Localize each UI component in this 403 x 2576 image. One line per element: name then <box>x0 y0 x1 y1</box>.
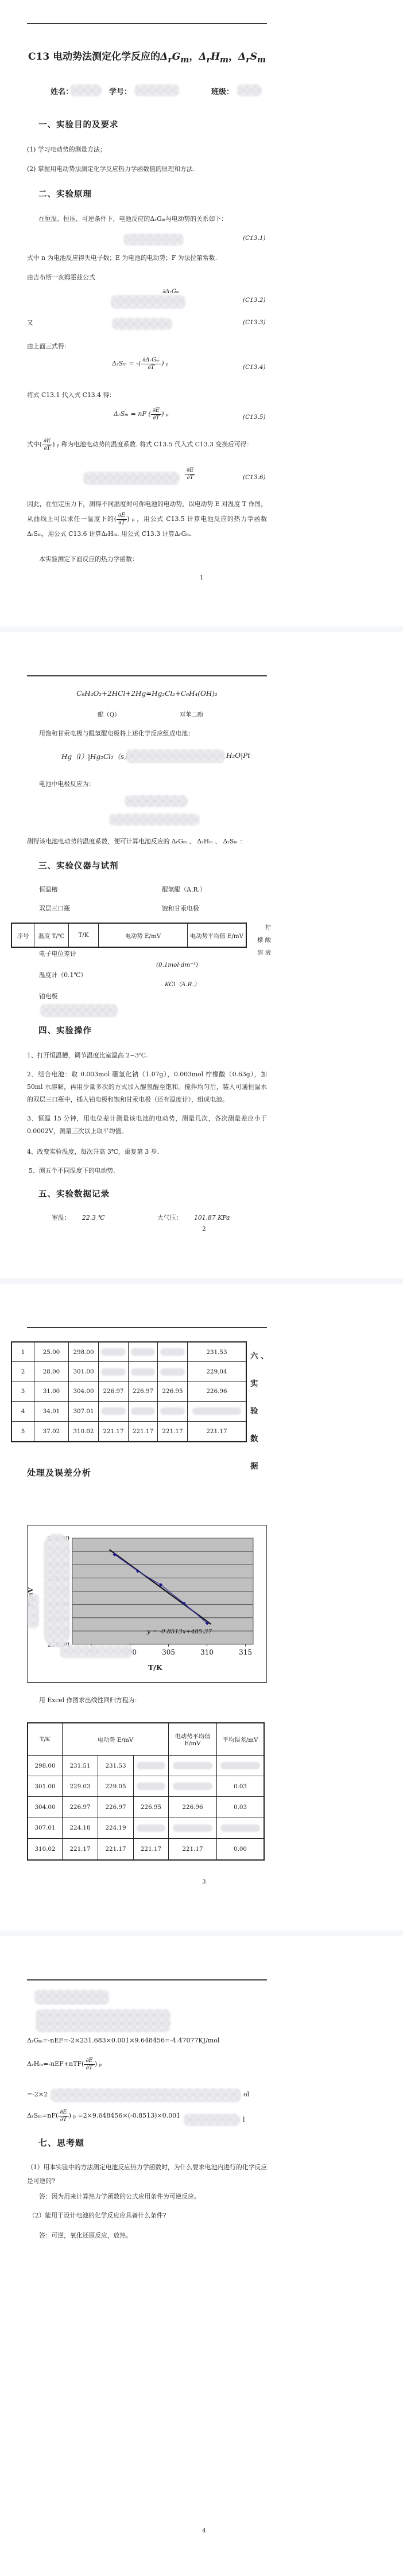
reagent-concentration: (0.1mol·dm⁻³) <box>156 962 198 968</box>
page3-header-rule <box>27 1327 267 1328</box>
eq-c134: ΔᵣSₘ = -(∂ΔᵣGₘ∂T) ₚ <box>112 357 168 371</box>
t3-col-tk: T/K <box>28 1723 63 1756</box>
table-cell-redacted <box>99 1343 129 1362</box>
trendline-equation: y = -0.8513x+485.37 <box>147 1628 212 1635</box>
reagent-kcl: KCl（A.R.） <box>165 979 200 988</box>
table-cell: 226.96 <box>169 1797 217 1818</box>
pressure-label: 大气压： <box>157 1212 182 1224</box>
electrode-eq2-redacted <box>109 814 200 826</box>
table-cell: 0.03 <box>217 1776 263 1797</box>
eq-c131-label: (C13.1) <box>243 235 266 242</box>
table-cell: 221.17 <box>188 1422 246 1441</box>
table-cell-redacted <box>134 1818 169 1839</box>
eq-c134-fraction: ∂ΔᵣGₘ∂T <box>141 357 161 371</box>
delta-h-fraction: ∂E∂T <box>84 2057 94 2071</box>
answer-2: 答：可逆，氧化还原反应，放热。 <box>39 2229 132 2242</box>
class-label: 班级： <box>211 85 234 96</box>
table-cell-redacted <box>158 1343 188 1362</box>
excel-regression-line: 用 Excel 作图求出线性回归方程为： <box>39 1694 141 1707</box>
table-cell: 229.04 <box>188 1362 246 1382</box>
table-cell: 301.00 <box>69 1362 99 1382</box>
cell-notation-left: Hg（l）|Hg₂Cl₂（s）| <box>61 752 133 761</box>
hydroquinone-label: 对苯二酚 <box>180 710 203 718</box>
delta-s-calculation-redacted <box>184 2114 240 2126</box>
title-term-G: ΔrGm <box>160 51 189 63</box>
electrode-paragraph: 电池中电极反应为： <box>39 778 95 791</box>
table-cell: 2 <box>12 1362 34 1382</box>
chart-ylabel-redacted <box>28 1593 39 1629</box>
eq-c135-label: (C13.5) <box>243 414 266 421</box>
delta-h-calculation-lead: =-2×2 <box>27 2091 48 2098</box>
section-7-heading: 七、思考题 <box>38 2137 84 2149</box>
emf-temperature-chart: 218.00220.00222.00224.00226.00228.00230.… <box>27 1525 267 1683</box>
t1-col-temp-c: 温度 T/℃ <box>34 924 69 947</box>
section-6-heading-vertical: 六 、 实 验 数 据 <box>250 1343 270 1480</box>
table-cell: 221.17 <box>134 1839 169 1859</box>
equip-thermostat: 恒温槽 <box>39 884 57 896</box>
pressure-value: 101.87 KPa <box>194 1212 230 1224</box>
table-cell-redacted <box>134 1776 169 1797</box>
therefore-paragraph: 因此，在恒定压力下，测得不同温度时可你电池的电动势，以电动势 E 对温度 T 作… <box>27 497 267 542</box>
t3-col-avg-error: 平均误差/mV <box>217 1723 263 1756</box>
table-cell: 226.97 <box>63 1797 98 1818</box>
table-cell: 304.00 <box>69 1382 99 1402</box>
reagent-quinhydrone: 醌氢醌（A.R.） <box>162 884 206 896</box>
equip-redacted <box>40 1004 118 1017</box>
t1-col-index: 序号 <box>12 924 34 947</box>
table-cell: 0.03 <box>217 1797 263 1818</box>
t1-col-emf: 电动势 E/mV <box>99 924 188 947</box>
table-cell: 226.97 <box>99 1382 129 1402</box>
section-4-heading: 四、实验操作 <box>38 1024 92 1036</box>
table-cell: 224.19 <box>98 1818 134 1839</box>
page2-header-rule <box>27 675 267 676</box>
table-row: 310.02221.17221.17221.17221.170.00 <box>28 1839 263 1859</box>
page4-number: 4 <box>202 2527 206 2534</box>
eq-c132-label: (C13.2) <box>243 297 266 303</box>
purpose-item-2: (2) 掌握用电动势法测定化学反应热力学函数值的原理和方法. <box>27 163 195 176</box>
table-cell: 298.00 <box>28 1756 63 1776</box>
table-cell: 4 <box>12 1402 34 1421</box>
table-row: 434.01307.01 <box>12 1402 246 1421</box>
calc-redacted-2 <box>36 2009 170 2032</box>
measure-paragraph: 本实验测定下面反应的热力学函数： <box>39 553 138 566</box>
page-separator-1 <box>0 627 403 632</box>
delta-h-calculation-tail: ol <box>243 2091 249 2098</box>
terms-paragraph: 式中 n 为电池反应得失电子数；E 为电池的电动势；F 为法拉第常数. <box>27 252 217 264</box>
equip-potentiometer: 电子电位差计 <box>39 948 76 960</box>
gibbs-paragraph: 由吉布斯一亥姆霍兹公式 <box>27 271 95 284</box>
table-row: 537.02310.02221.17221.17221.17221.17 <box>12 1422 246 1441</box>
page-separator-2 <box>0 1278 403 1284</box>
question-1: （1）用本实验中的方法测定电池反应热力学函数时，为什么要求电池内进行的化学反应是… <box>27 2161 267 2188</box>
delta-g-calculation: ΔᵣGₘ=-nEF=-2×231.683×0.001×9.648456=-4.4… <box>27 2037 219 2044</box>
step-4: 4、改变实验温度，每次升高 3℃，重复第 3 步. <box>27 1146 159 1158</box>
table-cell-redacted <box>169 1818 217 1839</box>
title-prefix: C13 电动势法测定化学反应的 <box>28 51 160 63</box>
svg-text:315: 315 <box>239 1648 252 1656</box>
table-cell: 304.00 <box>28 1797 63 1818</box>
table-cell-redacted <box>134 1756 169 1776</box>
table-cell: 229.05 <box>98 1776 134 1797</box>
table-cell: 298.00 <box>69 1343 99 1362</box>
table-cell-redacted <box>99 1362 129 1382</box>
equip-flask: 双层三口瓶 <box>39 902 70 915</box>
table-cell-redacted <box>169 1756 217 1776</box>
table-cell: 3 <box>12 1382 34 1402</box>
cell-intro-paragraph: 用饱和甘汞电极与醌氢醌电极将上述化学反应组成电池： <box>39 727 194 740</box>
table-cell-redacted <box>217 1756 263 1776</box>
page2-number: 2 <box>202 1225 206 1232</box>
table-cell: 226.97 <box>129 1382 158 1402</box>
eq-c133-redacted <box>112 318 172 330</box>
equip-thermometer: 温度计（0.1℃） <box>39 969 87 982</box>
table-cell: 231.53 <box>188 1343 246 1362</box>
table-cell-redacted <box>217 1818 263 1839</box>
room-temp-value: 22.3 ℃ <box>82 1212 105 1224</box>
page1-header-rule <box>27 23 267 24</box>
table-cell: 226.95 <box>158 1382 188 1402</box>
calc-redacted-1 <box>34 1990 109 2005</box>
t3-col-emf: 电动势 E/mV <box>63 1723 169 1756</box>
svg-text:305: 305 <box>162 1648 175 1656</box>
eq-c131-redacted <box>123 234 184 246</box>
eq-c132-numerator: ∂ΔᵣGₘ <box>162 289 180 295</box>
table-cell: 226.96 <box>188 1382 246 1402</box>
table-cell: 25.00 <box>34 1343 69 1362</box>
eq-c135: ΔᵣSₘ = nF (∂E∂T) ₚ <box>114 407 168 421</box>
title-term-H: ΔrHm <box>199 51 228 63</box>
table-cell: 221.17 <box>169 1839 217 1859</box>
table-cell: 1 <box>12 1343 34 1362</box>
section-1-heading: 一、实验目的及要求 <box>38 118 119 130</box>
table-cell: 31.00 <box>34 1382 69 1402</box>
margin-note-citric-acid: 柠 檬 酸 溶 液 <box>250 921 271 959</box>
coeff-fraction: ∂E∂T <box>42 438 52 452</box>
cell-notation-right: H₂O|Pt <box>226 752 250 760</box>
chart-ylabels-redacted <box>44 1534 70 1647</box>
table-row: 331.00304.00226.97226.97226.95226.96 <box>12 1382 246 1402</box>
svg-text:310: 310 <box>200 1648 214 1656</box>
table-cell: 231.51 <box>63 1756 98 1776</box>
page4-header-rule <box>27 1979 267 1980</box>
table-cell-redacted <box>158 1402 188 1421</box>
table-cell: 28.00 <box>34 1362 69 1382</box>
page3-number: 3 <box>202 1878 206 1885</box>
section-5-heading: 五、实验数据记录 <box>38 1188 110 1200</box>
eq-c136-redacted <box>83 472 180 485</box>
table-cell: 37.02 <box>34 1422 69 1441</box>
three-eqs-paragraph: 由上面三式得： <box>27 340 71 353</box>
table-cell: 34.01 <box>34 1402 69 1421</box>
eq-c133-lead: 又 <box>27 317 33 329</box>
processed-table-body: 298.00231.51231.53301.00229.03229.050.03… <box>28 1756 263 1859</box>
table-cell-redacted <box>169 1776 217 1797</box>
t1-col-temp-k: T/K <box>69 924 99 947</box>
name-redacted <box>70 84 102 96</box>
quinone-label: 醌（Q） <box>98 710 120 718</box>
table-cell: 310.02 <box>28 1839 63 1859</box>
substitute-paragraph: 将式 C13.1 代入式 C13.4 得： <box>27 389 115 402</box>
table-cell: 310.02 <box>69 1422 99 1441</box>
table-cell: 231.53 <box>98 1756 134 1776</box>
table-cell: 224.18 <box>63 1818 98 1839</box>
chart-xlabels-redacted <box>60 1645 133 1658</box>
table-cell: 307.01 <box>69 1402 99 1421</box>
data-header-table: 序号 温度 T/℃ T/K 电动势 E/mV 电动势平均值 E/mV <box>11 923 247 948</box>
section-2-heading: 二、实验原理 <box>38 188 92 200</box>
table-cell-redacted <box>188 1402 246 1421</box>
table-cell: 221.17 <box>63 1839 98 1859</box>
table-row: 125.00298.00231.53 <box>12 1343 246 1362</box>
cell-notation-redacted <box>126 749 225 763</box>
table-cell: 221.17 <box>98 1839 134 1859</box>
section-6-heading-rest: 处理及误差分析 <box>27 1466 91 1478</box>
table-cell-redacted <box>99 1402 129 1421</box>
eq-c135-fraction: ∂E∂T <box>151 407 161 421</box>
table-cell: 226.97 <box>98 1797 134 1818</box>
t3-col-emf-avg: 电动势平均值 E/mV <box>169 1723 217 1756</box>
table-cell: 226.95 <box>134 1797 169 1818</box>
coefficient-calc-paragraph: 测得该电池电动势的温度系数，便可计算电池反应的 ΔᵣGₘ 、 ΔᵣHₘ 、 Δᵣ… <box>27 835 246 848</box>
measurement-table: 125.00298.00231.53228.00301.00229.04331.… <box>11 1341 247 1442</box>
room-temp-label: 室温： <box>52 1212 70 1224</box>
page1-number: 1 <box>200 574 204 581</box>
table-cell-redacted <box>158 1362 188 1382</box>
document: C13 电动势法测定化学反应的ΔrGm，ΔrHm，ΔrSm 姓名： 学号： 班级… <box>0 0 403 2576</box>
delta-s-fraction: ∂E∂T <box>58 2109 68 2123</box>
delta-h-formula: ΔᵣHₘ=-nEF+nTF(∂E∂T) ₚ <box>27 2057 102 2071</box>
eq-c134-label: (C13.4) <box>243 364 266 371</box>
page-separator-3 <box>0 1931 403 1936</box>
eq-c132-redacted <box>111 295 185 309</box>
eq-c133-label: (C13.3) <box>243 319 266 326</box>
step-2: 2、组合电池：取 0.003mol 硼氢化钠（1.07g），0.003mol 柠… <box>27 1068 267 1106</box>
table-cell: 221.17 <box>158 1422 188 1441</box>
purpose-item-1: (1) 学习电动势的测量方法； <box>27 143 106 156</box>
table-row: 228.00301.00229.04 <box>12 1362 246 1382</box>
delta-s-calculation: ΔᵣSₘ=nF(∂E∂T) ₚ =2×9.648456×(-0.8513)×0.… <box>27 2109 180 2123</box>
table-row: 298.00231.51231.53 <box>28 1756 263 1776</box>
table-cell: 301.00 <box>28 1776 63 1797</box>
answer-1: 答：因为用来计算热力学函数的公式应用条件为可逆反应。 <box>39 2190 200 2203</box>
processed-table: T/K 电动势 E/mV 电动势平均值 E/mV 平均误差/mV 298.002… <box>27 1722 265 1861</box>
student-id-label: 学号： <box>109 85 131 96</box>
title-term-S: ΔrSm <box>238 51 266 63</box>
table-cell: 0.00 <box>217 1839 263 1859</box>
table-cell: 229.03 <box>63 1776 98 1797</box>
chemical-equation: C₆H₄O₂+2HCl+2Hg=Hg₂Cl₂+C₆H₄(OH)₂ <box>27 690 267 698</box>
delta-h-calculation-redacted <box>51 2088 241 2102</box>
eq-c136-label: (C13.6) <box>243 474 266 481</box>
table-cell-redacted <box>129 1362 158 1382</box>
equip-pt-electrode: 铂电极 <box>39 990 57 1003</box>
table-row: 301.00229.03229.050.03 <box>28 1776 263 1797</box>
electrode-eq1-redacted <box>125 795 188 807</box>
step-3: 3、恒温 15 分钟，用电位差计测量该电池的电动势，测量几次，各次测量差应小于 … <box>27 1112 267 1138</box>
equip-calomel-electrode: 饱和甘汞电极 <box>162 902 199 915</box>
principle-intro: 在恒温、恒压、可逆条件下，电池反应的ΔᵣGₘ与电动势的关系如下： <box>38 213 227 225</box>
report-title: C13 电动势法测定化学反应的ΔrGm，ΔrHm，ΔrSm <box>27 48 267 64</box>
student-id-redacted <box>134 84 179 96</box>
table-row: 304.00226.97226.97226.95226.960.03 <box>28 1797 263 1818</box>
step-5: 5、测五个不同温度下的电动势. <box>29 1165 115 1177</box>
step-1: 1、打开恒温槽，调节温度比室温高 2~3℃. <box>27 1049 148 1062</box>
section-3-heading: 三、实验仪器与试剂 <box>38 859 119 871</box>
t1-col-emf-avg: 电动势平均值 E/mV <box>188 924 246 947</box>
table-cell-redacted <box>129 1402 158 1421</box>
table-cell-redacted <box>129 1343 158 1362</box>
table-row: 307.01224.18224.19 <box>28 1818 263 1839</box>
table-cell: 221.17 <box>129 1422 158 1441</box>
table-cell: 221.17 <box>99 1422 129 1441</box>
question-2: （2）能用于设计电池的化学反应应具备什么条件? <box>29 2209 166 2222</box>
eq-c136-fraction: ∂E∂T <box>185 467 195 481</box>
delta-s-calculation-tail: l <box>243 2116 245 2123</box>
therefore-fraction: ∂E∂T <box>117 512 127 526</box>
temp-coefficient-paragraph: 式中(∂E∂T) ₚ 称为电池电动势的温度系数. 将式 C13.5 代入式 C1… <box>27 437 267 452</box>
x-axis-label: T/K <box>148 1663 162 1672</box>
table-cell: 307.01 <box>28 1818 63 1839</box>
table-cell: 5 <box>12 1422 34 1441</box>
class-redacted <box>237 84 262 96</box>
